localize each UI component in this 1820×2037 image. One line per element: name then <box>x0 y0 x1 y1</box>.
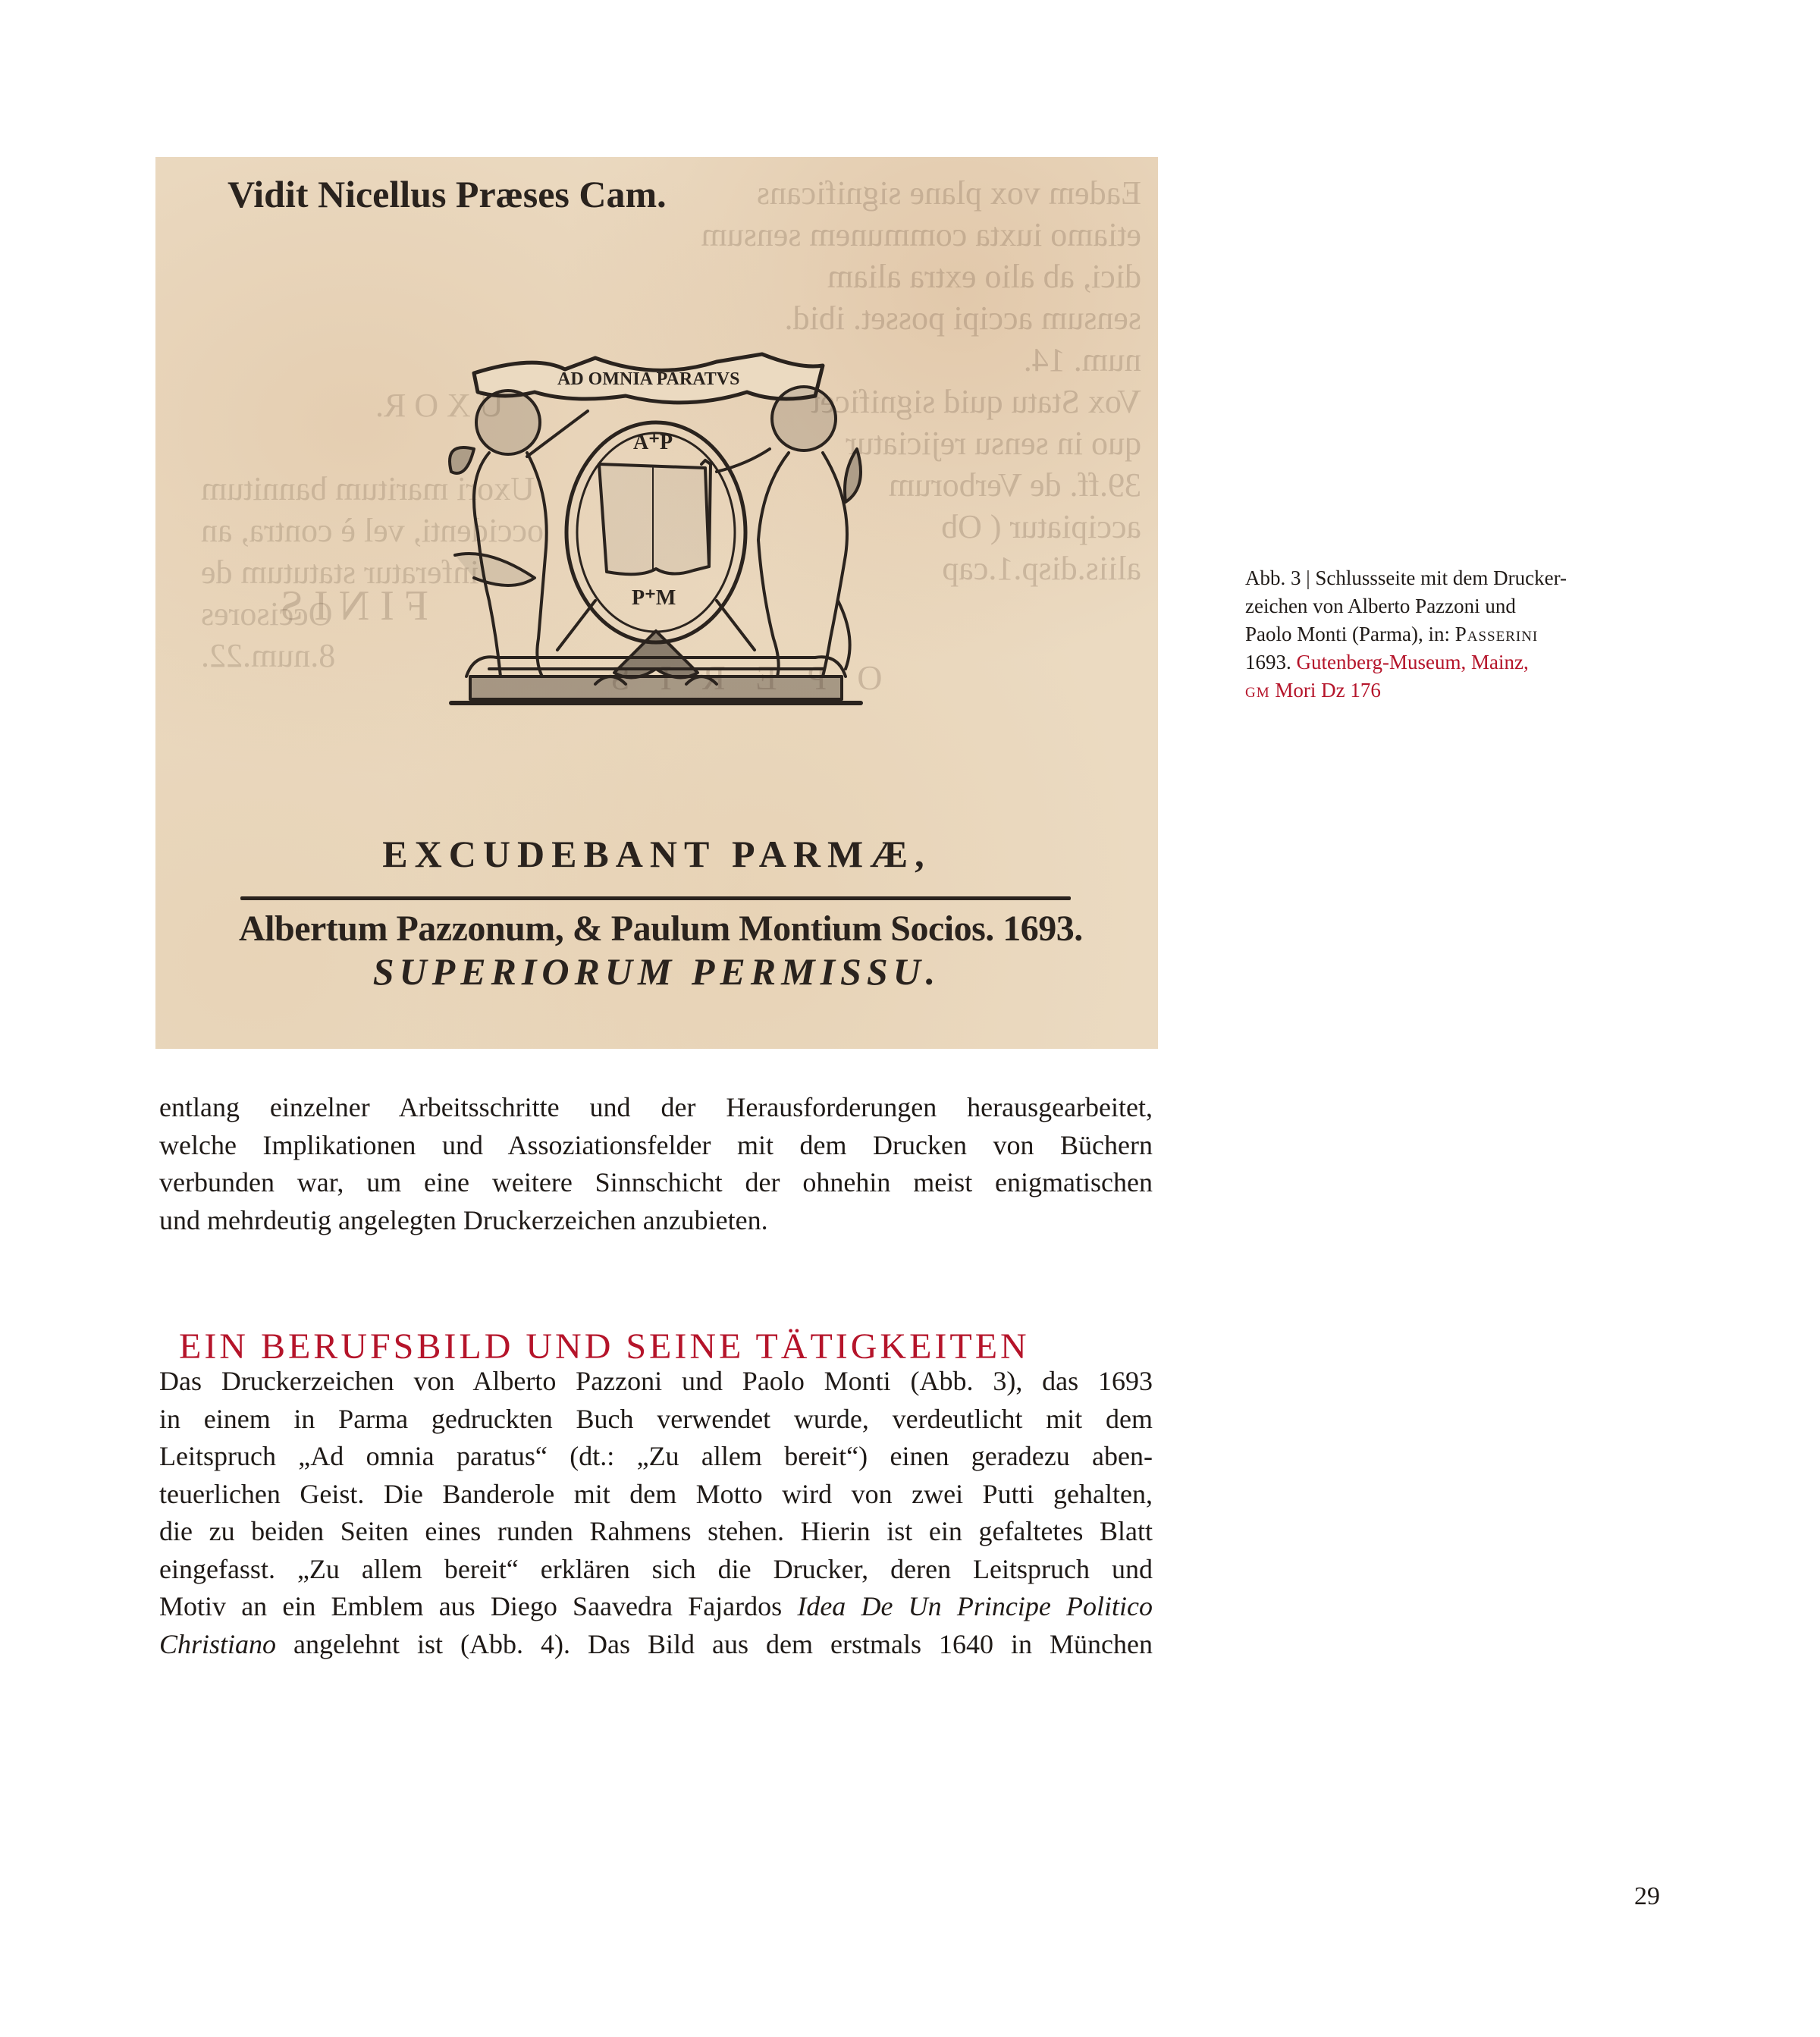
caption-collection: Gutenberg-Museum, Mainz, <box>1297 651 1529 673</box>
text-line: verbunden war, um eine weitere Sinnschic… <box>159 1164 1153 1202</box>
bleed-line: Eadem vox plane significans <box>823 172 1141 214</box>
figure-printers-mark-scan: Eadem vox plane significans etiamo iuxta… <box>155 157 1158 1049</box>
bleed-line: num. 14. <box>823 339 1141 381</box>
caption-text: 1693. <box>1245 651 1297 673</box>
scan-imprint-printers: Albertum Pazzonum, & Paulum Montium Soci… <box>239 908 1083 949</box>
bleed-line: dici, ab alio extra aliam <box>823 256 1141 297</box>
text-line: und mehrdeutig angelegten Druckerzeichen… <box>159 1202 1153 1240</box>
scan-header-line: Vidit Nicellus Præses Cam. <box>227 172 667 216</box>
bleed-line: quo in sensu rejiciatur <box>823 422 1141 464</box>
text-line: Christiano angelehnt ist (Abb. 4). Das B… <box>159 1626 1153 1664</box>
page-number: 29 <box>1634 1882 1660 1911</box>
section-paragraph: Das Druckerzeichen von Alberto Pazzoni u… <box>159 1363 1153 1663</box>
figure-caption: Abb. 3 | Schlussseite mit dem Drucker- z… <box>1245 564 1609 705</box>
bleed-line: accipiatur ( Ob <box>823 506 1141 548</box>
book-title-italic: Idea De Un Principe Politico <box>797 1591 1153 1621</box>
printers-mark-woodcut-icon: AD OMNIA PARATVS A⁺P P⁺M <box>444 350 868 714</box>
text-line: die zu beiden Seiten eines runden Rahmen… <box>159 1513 1153 1551</box>
intro-paragraph: entlang einzelner Arbeitsschritte und de… <box>159 1089 1153 1239</box>
caption-line: zeichen von Alberto Pazzoni und <box>1245 592 1609 620</box>
scan-imprint-permission: SUPERIORUM PERMISSU. <box>155 949 1158 993</box>
text-line: eingefasst. „Zu allem bereit“ erklären s… <box>159 1551 1153 1589</box>
svg-text:A⁺P: A⁺P <box>633 431 673 454</box>
bleed-line: etiamo iuxta communem sensum <box>823 214 1141 256</box>
text-run: angelehnt ist (Abb. 4). Das Bild aus dem… <box>276 1629 1153 1659</box>
text-line: Motiv an ein Emblem aus Diego Saavedra F… <box>159 1588 1153 1626</box>
text-line: in einem in Parma gedruckten Buch verwen… <box>159 1401 1153 1439</box>
section-heading: EIN BERUFSBILD UND SEINE TÄTIGKEITEN <box>179 1326 1030 1367</box>
text-line: Das Druckerzeichen von Alberto Pazzoni u… <box>159 1363 1153 1401</box>
bleed-finis: FINIS <box>269 582 428 630</box>
caption-line: 1693. Gutenberg-Museum, Mainz, <box>1245 648 1609 676</box>
bleed-line: Vox Statu quid significet <box>823 381 1141 422</box>
text-line: entlang einzelner Arbeitsschritte und de… <box>159 1089 1153 1127</box>
book-title-italic: Christiano <box>159 1629 276 1659</box>
scan-imprint-rule <box>240 896 1071 900</box>
scan-imprint-title: EXCUDEBANT PARMÆ, <box>155 832 1158 876</box>
bleed-line: sensum accipi posset. ibid. <box>823 297 1141 339</box>
text-line: teuerlichen Geist. Die Banderole mit dem… <box>159 1476 1153 1514</box>
caption-line: gm Mori Dz 176 <box>1245 676 1609 705</box>
caption-author-smallcaps: Passerini <box>1455 623 1539 645</box>
caption-line: Paolo Monti (Parma), in: Passerini <box>1245 620 1609 648</box>
svg-text:P⁺M: P⁺M <box>632 586 676 610</box>
bleed-line: 39.ff. de Verborum <box>823 464 1141 506</box>
bleed-through-text-right: Eadem vox plane significans etiamo iuxta… <box>823 172 1141 589</box>
text-line: Leitspruch „Ad omnia paratus“ (dt.: „Zu … <box>159 1438 1153 1476</box>
banderole-text: AD OMNIA PARATVS <box>557 369 739 389</box>
bleed-line: aliis.disp.1.cap <box>823 548 1141 589</box>
text-run: Motiv an ein Emblem aus Diego Saavedra F… <box>159 1591 797 1621</box>
text-line: welche Implikationen und Assoziationsfel… <box>159 1127 1153 1165</box>
caption-shelfmark: Mori Dz 176 <box>1270 679 1381 701</box>
caption-shelfmark-prefix: gm <box>1245 679 1270 701</box>
caption-text: Paolo Monti (Parma), in: <box>1245 623 1455 645</box>
caption-line: Abb. 3 | Schlussseite mit dem Drucker- <box>1245 564 1609 592</box>
